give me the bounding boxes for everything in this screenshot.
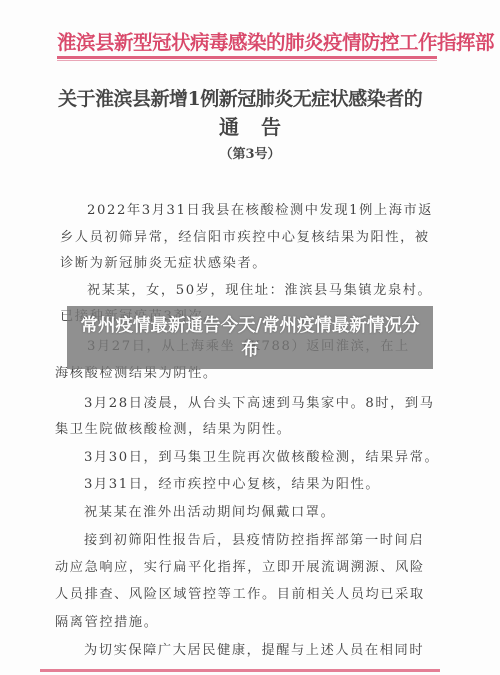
body-line: 3月28日凌晨，从台头下高速到马集家中。8时，到马 [84,392,435,411]
header-divider [57,56,437,59]
body-line: 祝某某在淮外出活动期间均佩戴口罩。 [84,501,335,520]
body-line: 接到初筛阳性报告后，县疫情防控指挥部第一时间启 [84,529,424,548]
body-line: 诊断为新冠肺炎无症状感染者。 [60,252,267,271]
header-divider-thin [57,60,437,61]
body-line: 3月31日，经市疾控中心复核，结果为阳性。 [84,473,380,492]
body-line: 祝某某，女，50岁，现住址：淮滨县马集镇龙泉村。 [87,279,432,298]
notice-title: 关于淮滨县新增1例新冠肺炎无症状感染者的 [58,84,443,111]
body-line: 人员排查、风险区域管控等工作。目前相关人员均已采取 [55,583,425,602]
body-line: 3月30日，到马集卫生院再次做核酸检测，结果异常。 [84,446,439,465]
body-line: 集卫生院做核酸检测，结果为阴性。 [55,418,292,437]
body-line: 乡人员初筛异常，经信阳市疾控中心复核结果为阳性，被 [60,226,430,245]
article-title-banner[interactable]: 常州疫情最新通告今天/常州疫情最新情况分布 [67,306,433,369]
body-line: 隔离管控措施。 [55,611,159,630]
org-header: 淮滨县新型冠状病毒感染的肺炎疫情防控工作指挥部 [57,27,437,55]
notice-number: （第3号） [0,143,500,162]
footer-divider [40,669,440,672]
notice-subtitle: 通告 [0,111,500,140]
body-line: 动应急响应，实行扁平化指挥，立即开展流调溯源、风险 [55,556,425,575]
body-line: 为切实保障广大居民健康，提醒与上述人员在相同时 [84,639,424,658]
body-line: 2022年3月31日我县在核酸检测中发现1例上海市返 [87,199,433,218]
article-title[interactable]: 常州疫情最新通告今天/常州疫情最新情况分布 [80,314,420,362]
